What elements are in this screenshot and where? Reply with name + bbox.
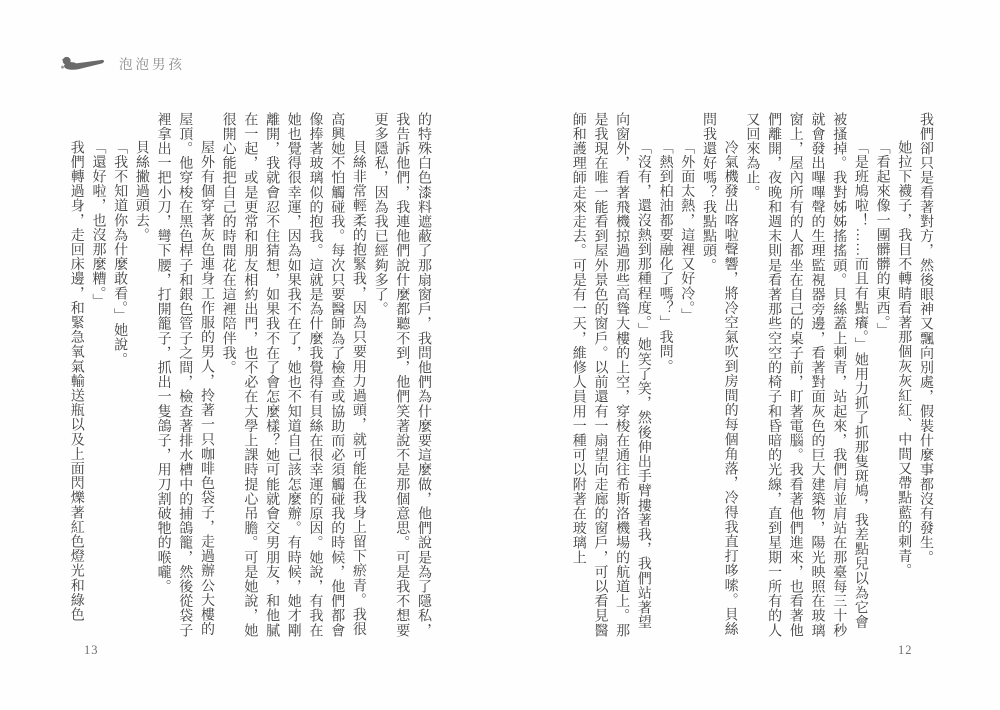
running-head: 泡泡男孩 — [58, 52, 185, 74]
paragraph: 冷氣機發出喀啦聲響，將冷空氣吹到房間的每個角落，冷得我直打哆嗦。貝絲問我還好嗎？… — [697, 112, 740, 640]
paragraph: 「熱到柏油都要融化了嗎？」我問。 — [654, 112, 676, 640]
page-number-right: 12 — [898, 643, 913, 658]
paragraph: 「看起來像一團髒髒的東西。」 — [871, 112, 893, 640]
book-title: 泡泡男孩 — [119, 53, 185, 73]
paragraph: 的特殊白色漆料遮蔽了那扇窗戶，我問他們為什麼要這麼做，他們說是為了隱私，我告訴他… — [369, 112, 434, 640]
paragraph: 「還好啦，也沒那麼糟。」 — [87, 112, 109, 640]
page-12-text: 我們卻只是看著對方，然後眼神又飄向別處，假裝什麼事都沒有發生。 她拉下襪子，我目… — [560, 112, 936, 640]
paragraph: 我們卻只是看著對方，然後眼神又飄向別處，假裝什麼事都沒有發生。 — [914, 112, 936, 640]
page-number-left: 13 — [84, 643, 99, 658]
paragraph: 「是班鳩啦！……而且有點癢。」她用力抓了抓那隻斑鳩，我差點兒以為它會被搔掉。我對… — [741, 112, 871, 640]
paragraph: 屋外有個穿著灰色連身工作服的男人，拎著一只咖啡色袋子，走過辦公大樓的屋頂。他穿梭… — [152, 112, 217, 640]
paragraph: 貝絲撇過頭去。 — [130, 112, 152, 640]
paragraph: 「我不知道你為什麼敢看。」她說。 — [108, 112, 130, 640]
paragraph: 「沒有，還沒熱到那種程度。」她笑了笑，然後伸出手臂摟著我，我們站著望向窗外，看著… — [567, 112, 654, 640]
paragraph: 「外面太熱，這裡又好冷。」 — [676, 112, 698, 640]
book-spread: 泡泡男孩 的特殊白色漆料遮蔽了那扇窗戶，我問他們為什麼要這麼做，他們說是為了隱私… — [0, 0, 1000, 710]
paragraph: 貝絲非常輕柔的抱緊我，因為只要用力過頭，就可能在我身上留下瘀青。我很高興她不怕觸… — [217, 112, 369, 640]
bird-logo-icon — [58, 52, 110, 74]
paragraph: 我們轉過身，走回床邊，和緊急氧氣輸送瓶以及上面閃爍著紅色燈光和綠色 — [65, 112, 87, 640]
paragraph: 她拉下襪子，我目不轉睛看著那個灰灰紅紅、中間又帶點藍的刺青。 — [893, 112, 915, 640]
page-13-text: 的特殊白色漆料遮蔽了那扇窗戶，我問他們為什麼要這麼做，他們說是為了隱私，我告訴他… — [62, 112, 434, 640]
